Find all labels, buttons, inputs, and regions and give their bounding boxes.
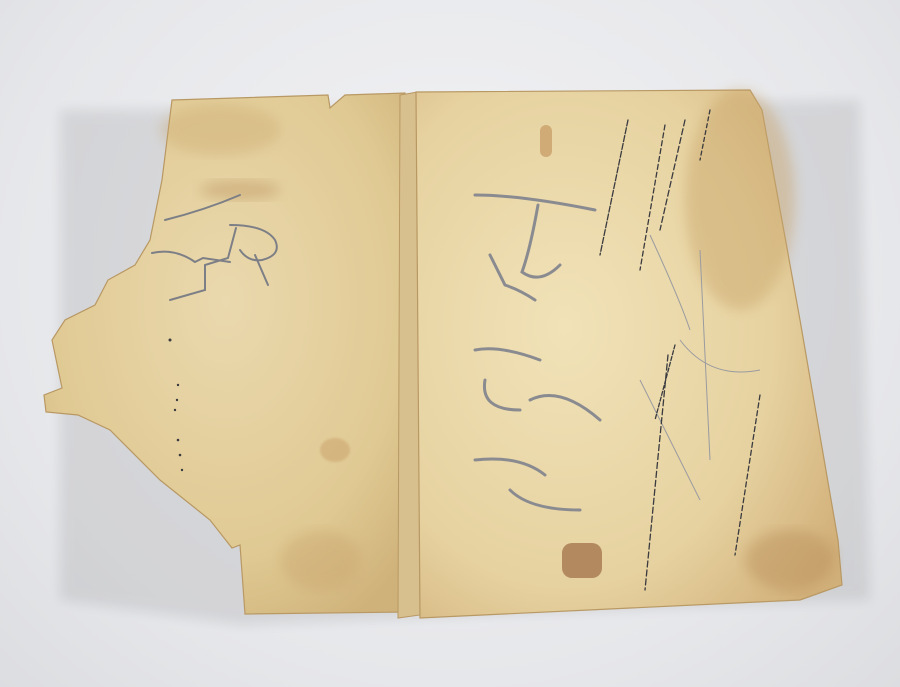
manuscript-photo (0, 0, 900, 687)
stain-bottom (562, 543, 602, 578)
right-page (416, 90, 842, 618)
stain-top (540, 125, 552, 157)
